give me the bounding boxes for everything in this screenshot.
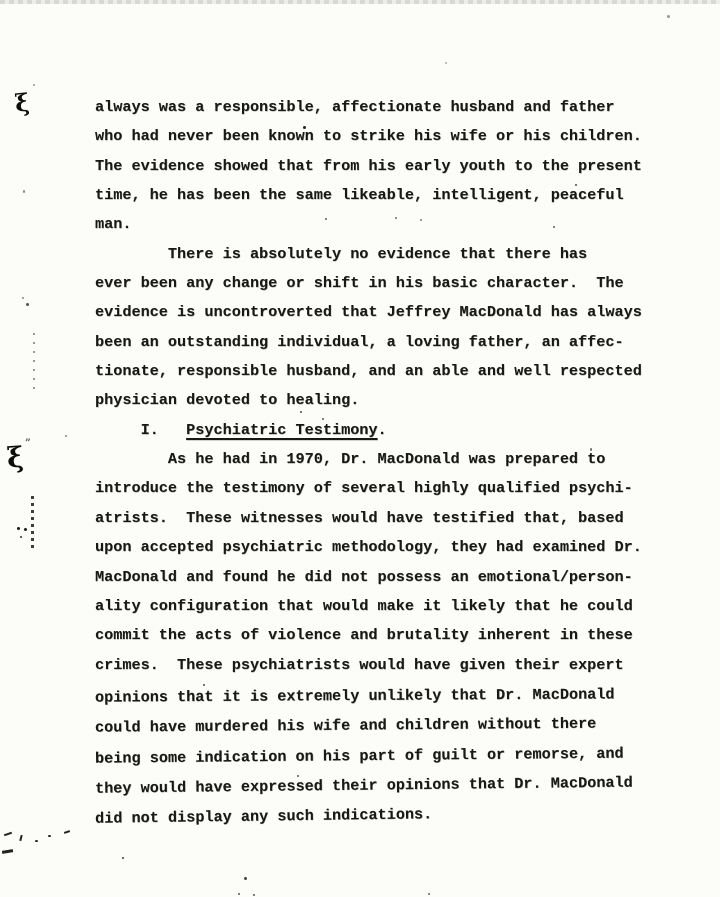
document-line: commit the acts of violence and brutalit… bbox=[95, 621, 685, 650]
ink-speck bbox=[322, 418, 324, 420]
ink-speck bbox=[33, 84, 35, 86]
ink-speck bbox=[122, 857, 124, 859]
ink-speck bbox=[553, 226, 555, 228]
dotted-margin-mark bbox=[33, 333, 35, 391]
document-line: always was a responsible, affectionate h… bbox=[95, 93, 685, 122]
ink-speck bbox=[420, 219, 422, 221]
dotted-margin-mark bbox=[31, 496, 34, 548]
ink-speck bbox=[35, 840, 38, 842]
ink-speck bbox=[22, 297, 24, 299]
document-line: ality configuration that would make it l… bbox=[95, 592, 685, 621]
ink-speck bbox=[20, 536, 22, 538]
ink-speck bbox=[48, 835, 51, 837]
ink-speck bbox=[325, 218, 327, 220]
ink-speck bbox=[26, 303, 29, 306]
ink-speck bbox=[428, 893, 430, 895]
document-line: The evidence showed that from his early … bbox=[95, 152, 685, 181]
ink-speck bbox=[203, 684, 205, 686]
document-line: crimes. These psychiatrists would have g… bbox=[95, 651, 685, 680]
ink-speck bbox=[590, 448, 592, 451]
document-text: always was a responsible, affectionate h… bbox=[95, 93, 685, 827]
ink-speck bbox=[23, 190, 25, 193]
document-line: There is absolutely no evidence that the… bbox=[95, 240, 685, 269]
document-line: man. bbox=[95, 210, 685, 239]
pen-dash bbox=[2, 849, 13, 853]
document-line: tionate, responsible husband, and an abl… bbox=[95, 357, 685, 386]
ink-speck bbox=[17, 527, 20, 530]
document-line: did not display any such indications. bbox=[95, 797, 685, 834]
scanned-document-page: always was a responsible, affectionate h… bbox=[0, 0, 720, 897]
tick-marks: ” bbox=[25, 438, 31, 449]
document-line: opinions that it is extremely unlikely t… bbox=[95, 680, 685, 713]
pen-dash bbox=[64, 830, 70, 834]
pen-dash bbox=[19, 835, 22, 841]
document-line: As he had in 1970, Dr. MacDonald was pre… bbox=[95, 445, 685, 474]
document-line: been an outstanding individual, a loving… bbox=[95, 328, 685, 357]
ink-speck bbox=[65, 435, 67, 437]
document-line: who had never been known to strike his w… bbox=[95, 122, 685, 151]
document-line: introduce the testimony of several highl… bbox=[95, 474, 685, 503]
ink-speck bbox=[24, 528, 27, 531]
ink-speck bbox=[253, 894, 255, 896]
document-line: ever been any change or shift in his bas… bbox=[95, 269, 685, 298]
document-line: MacDonald and found he did not possess a… bbox=[95, 563, 685, 592]
section-title-period: . bbox=[378, 421, 387, 439]
ink-speck bbox=[395, 217, 397, 219]
ink-speck bbox=[445, 62, 447, 64]
ink-speck bbox=[300, 411, 302, 413]
document-line: atrists. These witnesses would have test… bbox=[95, 504, 685, 533]
scan-edge-band bbox=[0, 0, 720, 4]
document-line: time, he has been the same likeable, int… bbox=[95, 181, 685, 210]
section-numeral: I. bbox=[95, 421, 186, 439]
document-line: could have murdered his wife and childre… bbox=[95, 709, 685, 743]
document-line: upon accepted psychiatric methodology, t… bbox=[95, 533, 685, 562]
pen-dash bbox=[4, 832, 12, 837]
ink-speck bbox=[244, 877, 247, 880]
section-heading: I. Psychiatric Testimony. bbox=[95, 416, 685, 445]
section-title: Psychiatric Testimony bbox=[186, 421, 377, 439]
handwritten-margin-mark-icon: ξ bbox=[6, 440, 25, 474]
ink-speck bbox=[238, 893, 240, 895]
ink-speck bbox=[667, 15, 670, 18]
document-line: physician devoted to healing. bbox=[95, 386, 685, 415]
handwritten-margin-mark-icon: ξ bbox=[14, 87, 31, 117]
ink-speck bbox=[303, 126, 306, 129]
document-line: evidence is uncontroverted that Jeffrey … bbox=[95, 298, 685, 327]
ink-speck bbox=[297, 775, 299, 777]
ink-speck bbox=[575, 184, 577, 186]
